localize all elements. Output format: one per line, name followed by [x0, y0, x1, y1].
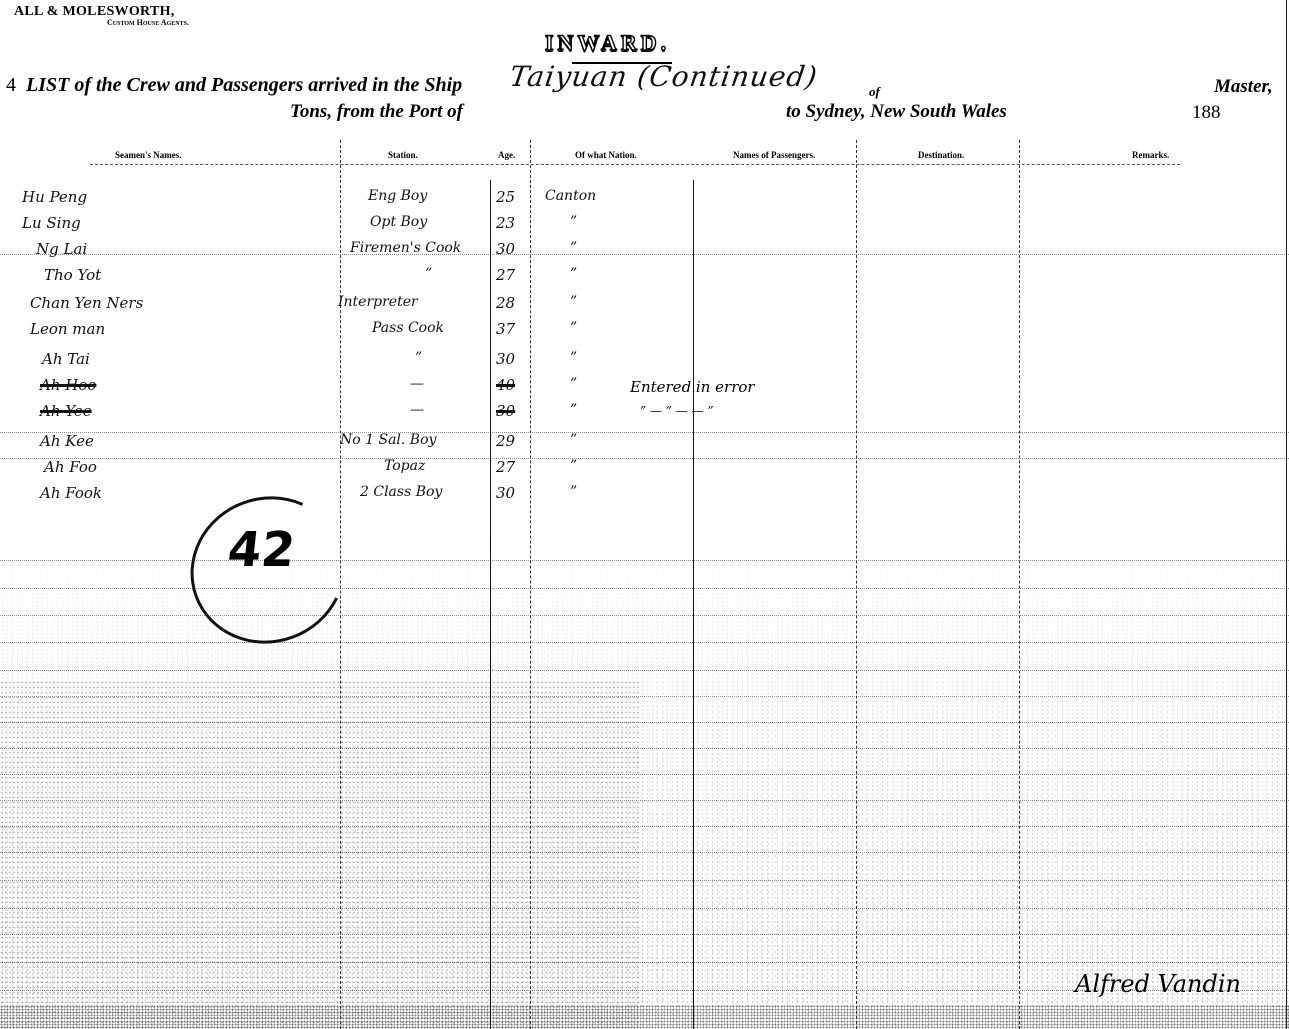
crew-age: 40 [496, 376, 515, 394]
agent-subtitle: Custom House Agents. [107, 18, 189, 27]
crew-station: Interpreter [338, 294, 418, 310]
crew-row: Ah Tai ” 30 ” [0, 350, 1289, 376]
crew-age: 27 [496, 266, 515, 284]
form-heading: INWARD. [545, 30, 670, 56]
column-header-destination: Destination. [918, 150, 964, 160]
ruled-line [0, 826, 1289, 827]
crew-nation: ” [570, 458, 577, 474]
ship-name-handwritten: Taiyuan (Continued) [508, 60, 820, 93]
title-line-1: LIST of the Crew and Passengers arrived … [26, 74, 462, 97]
crew-station: Eng Boy [368, 188, 427, 204]
crew-age: 28 [496, 294, 515, 312]
crew-nation: ” [570, 214, 577, 230]
year-prefix: 188 [1192, 102, 1221, 124]
ruled-line [0, 748, 1289, 749]
crew-row: Tho Yot ” 27 ” [0, 266, 1289, 292]
circled-number: 42 [225, 522, 298, 578]
ruled-line [0, 934, 1289, 935]
crew-name: Lu Sing [22, 214, 81, 232]
column-header-nation: Of what Nation. [575, 150, 637, 160]
crew-nation: ” [570, 294, 577, 310]
crew-name: Tho Yot [44, 266, 101, 284]
crew-nation: ” [570, 484, 577, 500]
crew-station: Opt Boy [370, 214, 427, 230]
ruled-line [0, 774, 1289, 775]
crew-station: 2 Class Boy [360, 484, 442, 500]
page-right-border [1286, 0, 1287, 1029]
list-number: 4 [6, 74, 16, 97]
circled-page-number: 42 [190, 497, 350, 647]
crew-row: Chan Yen Ners Interpreter 28 ” [0, 294, 1289, 320]
column-header-remarks: Remarks. [1132, 150, 1169, 160]
scan-noise-dense [0, 680, 640, 1029]
crew-row: Hu Peng Eng Boy 25 Canton [0, 188, 1289, 214]
crew-nation: ” [570, 402, 577, 418]
column-header-station: Station. [388, 150, 418, 160]
crew-name: Chan Yen Ners [30, 294, 143, 312]
crew-nation: Canton [545, 188, 596, 204]
crew-name: Ah Fook [40, 484, 102, 502]
of-label: of [869, 84, 880, 100]
crew-nation: ” [570, 432, 577, 448]
crew-age: 30 [496, 402, 515, 420]
crew-age: 29 [496, 432, 515, 450]
ruled-line [0, 908, 1289, 909]
crew-row: Ah Foo Topaz 27 ” [0, 458, 1289, 484]
crew-station: Firemen's Cook [350, 240, 461, 256]
crew-station: No 1 Sal. Boy [340, 432, 436, 448]
crew-name: Ah Foo [44, 458, 97, 476]
agent-header: ALL & MOLESWORTH, Custom House Agents. [14, 4, 189, 27]
crew-name: Ah Yee [40, 402, 92, 420]
crew-row: Ng Lai Firemen's Cook 30 ” [0, 240, 1289, 266]
ruled-line [0, 880, 1289, 881]
crew-station: ” [415, 350, 422, 366]
crew-station: ” [425, 266, 432, 282]
crew-nation: ” [570, 320, 577, 336]
ruled-line [0, 852, 1289, 853]
crew-age: 30 [496, 350, 515, 368]
crew-station: — [410, 402, 424, 418]
header-divider [90, 164, 1180, 165]
title-line-2-right: to Sydney, New South Wales [786, 101, 1007, 123]
crew-list-document: ALL & MOLESWORTH, Custom House Agents. I… [0, 0, 1289, 1029]
crew-name: Ah Tai [42, 350, 90, 368]
column-header-passenger-names: Names of Passengers. [733, 150, 815, 160]
crew-nation: ” [570, 240, 577, 256]
crew-age: 30 [496, 240, 515, 258]
crew-name: Ah Hoo [40, 376, 96, 394]
crew-name: Leon man [30, 320, 105, 338]
ruled-line [0, 722, 1289, 723]
ditto-marks-note: ” — ” — — ” [640, 404, 713, 418]
column-header-seamens-names: Seamen's Names. [115, 150, 182, 160]
crew-station: Topaz [384, 458, 425, 474]
crew-age: 27 [496, 458, 515, 476]
scan-noise-bottom-edge [0, 1005, 1289, 1029]
signature: Alfred Vandin [1075, 970, 1241, 998]
crew-station: — [410, 376, 424, 392]
crew-row: Ah Kee No 1 Sal. Boy 29 ” [0, 432, 1289, 458]
crew-nation: ” [570, 266, 577, 282]
crew-age: 37 [496, 320, 515, 338]
ruled-line [0, 962, 1289, 963]
crew-row: Lu Sing Opt Boy 23 ” [0, 214, 1289, 240]
title-line-2-left: Tons, from the Port of [290, 101, 463, 123]
crew-age: 23 [496, 214, 515, 232]
crew-nation: ” [570, 350, 577, 366]
ruled-line [0, 696, 1289, 697]
crew-age: 30 [496, 484, 515, 502]
ruled-line [0, 800, 1289, 801]
crew-nation: ” [570, 376, 577, 392]
crew-age: 25 [496, 188, 515, 206]
crew-name: Ah Kee [40, 432, 94, 450]
crew-name: Hu Peng [22, 188, 87, 206]
entered-in-error-note: Entered in error [630, 378, 755, 396]
crew-station: Pass Cook [372, 320, 444, 336]
master-label: Master, [1214, 76, 1273, 98]
column-header-age: Age. [498, 150, 515, 160]
crew-row: Leon man Pass Cook 37 ” [0, 320, 1289, 346]
crew-name: Ng Lai [36, 240, 87, 258]
ruled-line [0, 670, 1289, 671]
